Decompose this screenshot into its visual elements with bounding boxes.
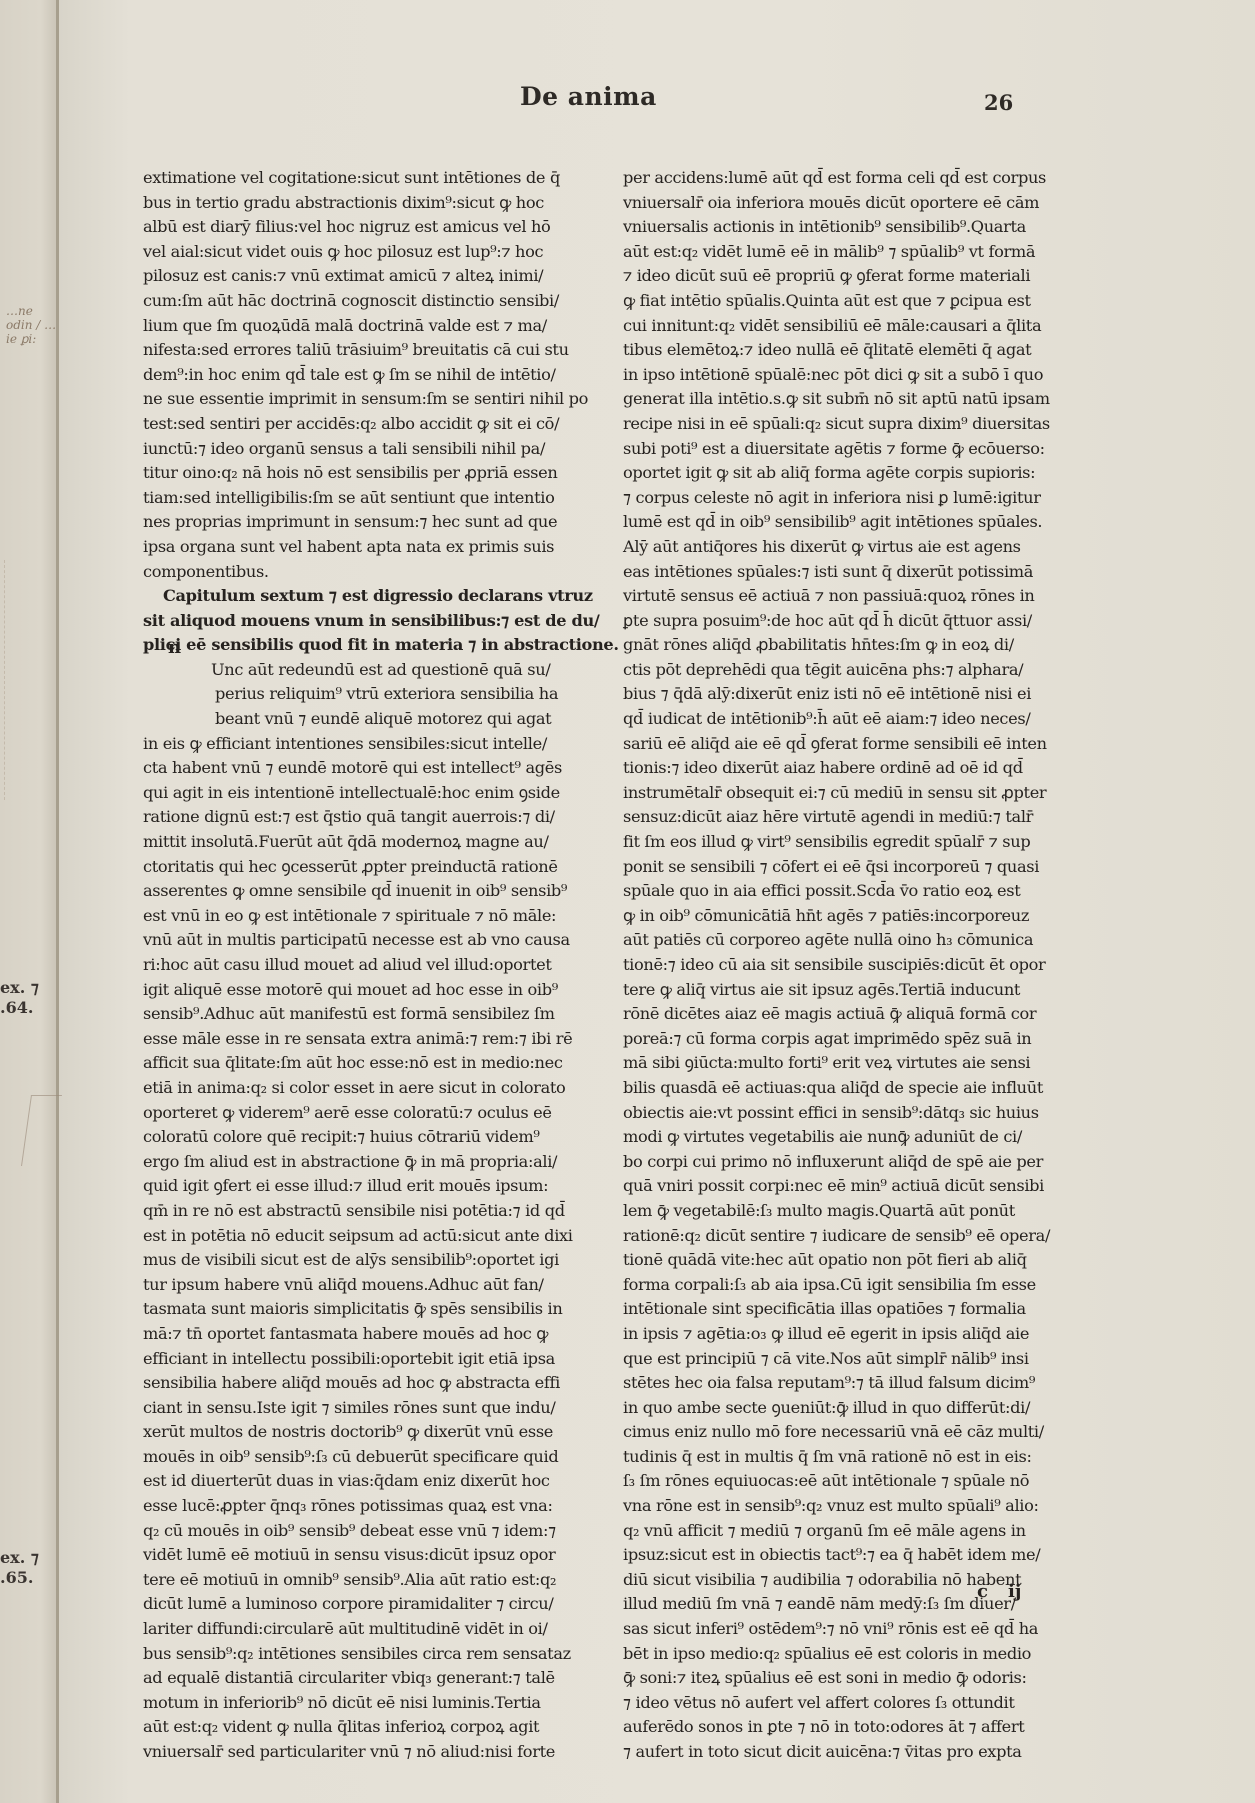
text-line: cta habent vnū ⁊ eundē motorē qui est in… bbox=[143, 756, 563, 781]
text-line: iunctū:⁊ ideo organū sensus a tali sensi… bbox=[143, 437, 563, 462]
text-line: vniuersalis actionis in intētionib⁹ sens… bbox=[623, 215, 1063, 240]
text-line: tionis:⁊ ideo dixerūt aiaz habere ordinē… bbox=[623, 756, 1063, 781]
text-line: q₂ cū mouēs in oib⁹ sensib⁹ debeat esse … bbox=[143, 1519, 563, 1544]
text-line: cui innitunt:q₂ vidēt sensibiliū eē māle… bbox=[623, 314, 1063, 339]
facing-page-edge: …ne odin / …ie ꝑi: ex. ⁊ .64. ex. ⁊ .65. bbox=[0, 0, 58, 1803]
margin-note-line: ex. ⁊ bbox=[0, 1548, 39, 1568]
text-line: tionē quādā vite:hec aūt opatio non pōt … bbox=[623, 1248, 1063, 1273]
manuscript-note-top: …ne odin / …ie ꝑi: bbox=[6, 304, 58, 346]
margin-note-line: ex. ⁊ bbox=[0, 978, 39, 998]
text-line-indented: Unc aūt redeundū est ad questionē quā su… bbox=[143, 658, 563, 683]
chapter-heading-line: sit aliquod mouens vnum in sensibilibus:… bbox=[143, 609, 563, 634]
text-line: rōnē dicētes aiaz eē magis actiuā ꝙ̄ ali… bbox=[623, 1002, 1063, 1027]
text-line: lariter diffundi:circularē aūt multitudi… bbox=[143, 1617, 563, 1642]
text-line: ꝙ in oib⁹ cōmunicātiā hn̄t agēs ⁊ patiēs… bbox=[623, 904, 1063, 929]
text-line: fit ſm eos illud ꝙ virt⁹ sensibilis egre… bbox=[623, 830, 1063, 855]
text-line: nifesta:sed errores taliū trāsiuim⁹ breu… bbox=[143, 338, 563, 363]
text-line: etiā in anima:q₂ si color esset in aere … bbox=[143, 1076, 563, 1101]
text-line: bius ⁊ q̄dā alȳ:dixerūt eniz isti nō eē … bbox=[623, 682, 1063, 707]
text-line: aūt patiēs cū corporeo agēte nullā oino … bbox=[623, 928, 1063, 953]
text-line: mittit insolutā.Fuerūt aūt q̄dā modernoꝝ… bbox=[143, 830, 563, 855]
text-line: sensibilia habere aliq̄d mouēs ad hoc ꝙ … bbox=[143, 1371, 563, 1396]
text-line: ꝙ̄ soni:⁊ iteꝝ spūalius eē est soni in m… bbox=[623, 1666, 1063, 1691]
text-line: qui agit in eis intentionē intellectualē… bbox=[143, 781, 563, 806]
text-line: recipe nisi in eē spūali:q₂ sicut supra … bbox=[623, 412, 1063, 437]
signature-mark-letter: c bbox=[977, 1581, 988, 1602]
text-line: vna rōne est in sensib⁹:q₂ vnuz est mult… bbox=[623, 1494, 1063, 1519]
text-line: ciant in sensu.Iste igit ⁊ similes rōnes… bbox=[143, 1396, 563, 1421]
text-line: ctis pōt deprehēdi qua tēgit auicēna phs… bbox=[623, 658, 1063, 683]
initial-guide-letter: n bbox=[168, 637, 181, 658]
text-line: que est principiū ⁊ cā vite.Nos aūt simp… bbox=[623, 1347, 1063, 1372]
text-line: dem⁹:in hoc enim qd̄ tale est ꝙ ſm se ni… bbox=[143, 363, 563, 388]
text-line: ⁊ corpus celeste nō agit in inferiora ni… bbox=[623, 486, 1063, 511]
text-line-indented: perius reliquim⁹ vtrū exteriora sensibil… bbox=[143, 682, 563, 707]
text-line-indented: beant vnū ⁊ eundē aliquē motorez qui aga… bbox=[143, 707, 563, 732]
text-line: bus sensib⁹:q₂ intētiones sensibiles cir… bbox=[143, 1642, 563, 1667]
text-line: tere eē motiuū in omnib⁹ sensib⁹.Alia aū… bbox=[143, 1568, 563, 1593]
manuscript-scribble-vertical bbox=[4, 560, 45, 800]
text-line: ipsuz:sicut est in obiectis tact⁹:⁊ ea q… bbox=[623, 1543, 1063, 1568]
text-column-right: per accidens:lumē aūt qd̄ est forma celi… bbox=[623, 166, 1063, 1765]
text-line: aūt est:q₂ vident ꝙ nulla q̄litas inferi… bbox=[143, 1715, 563, 1740]
text-line: obiectis aie:vt possint effici in sensib… bbox=[623, 1101, 1063, 1126]
text-line: pilosuz est canis:⁊ vnū extimat amicū ⁊ … bbox=[143, 264, 563, 289]
text-line: asserentes ꝙ omne sensibile qd̄ inuenit … bbox=[143, 879, 563, 904]
signature-mark-number: ij bbox=[1008, 1581, 1021, 1602]
text-line: cimus eniz nullo mō fore necessariū vnā … bbox=[623, 1420, 1063, 1445]
text-line: auferēdo sonos in ꝑte ⁊ nō in toto:odore… bbox=[623, 1715, 1063, 1740]
text-line: cum:ſm aūt hāc doctrinā cognoscit distin… bbox=[143, 289, 563, 314]
text-line: sariū eē aliq̄d aie eē qd̄ ꝯferat forme … bbox=[623, 732, 1063, 757]
text-line: illud mediū ſm vnā ⁊ eandē nām medȳ:ſ₃ ſ… bbox=[623, 1592, 1063, 1617]
text-line: oporteret ꝙ viderem⁹ aerē esse coloratū:… bbox=[143, 1101, 563, 1126]
text-line: stētes hec oia falsa reputam⁹:⁊ tā illud… bbox=[623, 1371, 1063, 1396]
text-line: ⁊ ideo vētus nō aufert vel affert colore… bbox=[623, 1691, 1063, 1716]
text-line: vnū aūt in multis participatū necesse es… bbox=[143, 928, 563, 953]
text-line: forma corpali:ſ₃ ab aia ipsa.Cū igit sen… bbox=[623, 1273, 1063, 1298]
text-line: in eis ꝙ efficiant intentiones sensibile… bbox=[143, 732, 563, 757]
text-line: tionē:⁊ ideo cū aia sit sensibile suscip… bbox=[623, 953, 1063, 978]
text-line: esse māle esse in re sensata extra animā… bbox=[143, 1027, 563, 1052]
text-line: esse lucē:ꝓpter q̄nq₃ rōnes potissimas q… bbox=[143, 1494, 563, 1519]
text-line: rationē:q₂ dicūt sentire ⁊ iudicare de s… bbox=[623, 1224, 1063, 1249]
text-line: test:sed sentiri per accidēs:q₂ albo acc… bbox=[143, 412, 563, 437]
text-line: sensib⁹.Adhuc aūt manifestū est formā se… bbox=[143, 1002, 563, 1027]
text-line: tudinis q̄ est in multis q̄ ſm vnā ratio… bbox=[623, 1445, 1063, 1470]
text-line: per accidens:lumē aūt qd̄ est forma celi… bbox=[623, 166, 1063, 191]
text-line bbox=[143, 1765, 563, 1790]
text-line: vniuersalr̄ oia inferiora mouēs dicūt op… bbox=[623, 191, 1063, 216]
text-line: modi ꝙ virtutes vegetabilis aie nunꝙ̄ ad… bbox=[623, 1125, 1063, 1150]
text-line: efficiant in intellectu possibili:oporte… bbox=[143, 1347, 563, 1372]
text-line: bus in tertio gradu abstractionis dixim⁹… bbox=[143, 191, 563, 216]
text-line: lem ꝙ̄ vegetabilē:ſ₃ multo magis.Quartā … bbox=[623, 1199, 1063, 1224]
text-line: ꝑte supra posuim⁹:de hoc aūt qd̄ h̄ dicū… bbox=[623, 609, 1063, 634]
text-line: ſ₃ ſm rōnes equiuocas:eē aūt intētionale… bbox=[623, 1469, 1063, 1494]
text-line: lumē est qd̄ in oib⁹ sensibilib⁹ agit in… bbox=[623, 510, 1063, 535]
text-line: tur ipsum habere vnū aliq̄d mouens.Adhuc… bbox=[143, 1273, 563, 1298]
text-line: xerūt multos de nostris doctorib⁹ ꝙ dixe… bbox=[143, 1420, 563, 1445]
margin-note-ex-65: ex. ⁊ .65. bbox=[0, 1548, 39, 1588]
text-line: est in potētia nō educit seipsum ad actū… bbox=[143, 1224, 563, 1249]
text-line: quid igit ꝯfert ei esse illud:⁊ illud er… bbox=[143, 1174, 563, 1199]
text-line: ⁊ aufert in toto sicut dicit auicēna:⁊ v… bbox=[623, 1740, 1063, 1765]
text-line: igit aliquē esse motorē qui mouet ad hoc… bbox=[143, 978, 563, 1003]
text-line: ꝙ fiat intētio spūalis.Quinta aūt est qu… bbox=[623, 289, 1063, 314]
margin-note-line: .64. bbox=[0, 998, 39, 1018]
text-line: tiam:sed intelligibilis:ſm se aūt sentiu… bbox=[143, 486, 563, 511]
text-line: qd̄ iudicat de intētionib⁹:h̄ aūt eē aia… bbox=[623, 707, 1063, 732]
text-line: in quo ambe secte ꝯueniūt:ꝙ̄ illud in qu… bbox=[623, 1396, 1063, 1421]
text-line: ctoritatis qui hec ꝯcesserūt ꝓpter prein… bbox=[143, 855, 563, 880]
text-line: mā:⁊ tn̄ oportet fantasmata habere mouēs… bbox=[143, 1322, 563, 1347]
text-line: tere ꝙ aliq̄ virtus aie sit ipsuz agēs.T… bbox=[623, 978, 1063, 1003]
text-line: poreā:⁊ cū forma corpis agat imprimēdo s… bbox=[623, 1027, 1063, 1052]
text-line: gnāt rōnes aliq̄d ꝓbabilitatis hn̄tes:ſm… bbox=[623, 633, 1063, 658]
text-line: ne sue essentie imprimit in sensum:ſm se… bbox=[143, 387, 563, 412]
text-line: dicūt lumē a luminoso corpore piramidali… bbox=[143, 1592, 563, 1617]
text-line: vniuersalr̄ sed particulariter vnū ⁊ nō … bbox=[143, 1740, 563, 1765]
text-line: sensuz:dicūt aiaz hēre virtutē agendi in… bbox=[623, 805, 1063, 830]
text-line: extimatione vel cogitatione:sicut sunt i… bbox=[143, 166, 563, 191]
text-line: intētionale sint specificātia illas opat… bbox=[623, 1297, 1063, 1322]
text-line: vel aial:sicut videt ouis ꝙ hoc pilosuz … bbox=[143, 240, 563, 265]
text-line: nes proprias imprimunt in sensum:⁊ hec s… bbox=[143, 510, 563, 535]
text-line: aūt est:q₂ vidēt lumē eē in mālib⁹ ⁊ spū… bbox=[623, 240, 1063, 265]
text-line: spūale quo in aia effici possit.Scd̄a v̄… bbox=[623, 879, 1063, 904]
text-line: titur oino:q₂ nā hois nō est sensibilis … bbox=[143, 461, 563, 486]
text-line: albū est diarȳ filius:vel hoc nigruz est… bbox=[143, 215, 563, 240]
margin-note-line: .65. bbox=[0, 1568, 39, 1588]
text-line: generat illa intētio.s.ꝙ sit subm̄ nō si… bbox=[623, 387, 1063, 412]
text-line: ri:hoc aūt casu illud mouet ad aliud vel… bbox=[143, 953, 563, 978]
text-line: quā vniri possit corpi:nec eē min⁹ actiu… bbox=[623, 1174, 1063, 1199]
text-line: vidēt lumē eē motiuū in sensu visus:dicū… bbox=[143, 1543, 563, 1568]
text-line: ⁊ ideo dicūt suū eē propriū ꝙ ꝯferat for… bbox=[623, 264, 1063, 289]
text-line: subi poti⁹ est a diuersitate agētis ⁊ fo… bbox=[623, 437, 1063, 462]
text-line: coloratū colore quē recipit:⁊ huius cōtr… bbox=[143, 1125, 563, 1150]
text-line: tibus elemētoꝝ:⁊ ideo nullā eē q̄litatē … bbox=[623, 338, 1063, 363]
text-line: instrumētalr̄ obsequit ei:⁊ cū mediū in … bbox=[623, 781, 1063, 806]
text-column-left: extimatione vel cogitatione:sicut sunt i… bbox=[143, 166, 563, 1789]
text-line: mouēs in oib⁹ sensib⁹:ſ₃ cū debuerūt spe… bbox=[143, 1445, 563, 1470]
margin-note-ex-64: ex. ⁊ .64. bbox=[0, 978, 39, 1018]
text-line: motum in inferiorib⁹ nō dicūt eē nisi lu… bbox=[143, 1691, 563, 1716]
text-line: ergo ſm aliud est in abstractione ꝙ̄ in … bbox=[143, 1150, 563, 1175]
text-line: est vnū in eo ꝙ est intētionale ⁊ spirit… bbox=[143, 904, 563, 929]
text-line: mus de visibili sicut est de alȳs sensib… bbox=[143, 1248, 563, 1273]
folio-number: 26 bbox=[984, 90, 1013, 115]
text-line: in ipso intētionē spūalē:nec pōt dici ꝙ … bbox=[623, 363, 1063, 388]
text-line: sas sicut inferi⁹ ostēdem⁹:⁊ nō vni⁹ rōn… bbox=[623, 1617, 1063, 1642]
text-line: tasmata sunt maioris simplicitatis ꝙ̄ sp… bbox=[143, 1297, 563, 1322]
chapter-heading-line: plici eē sensibilis quod fit in materia … bbox=[143, 633, 563, 658]
text-line: oportet igit ꝙ sit ab aliq̄ forma agēte … bbox=[623, 461, 1063, 486]
running-title: De anima bbox=[520, 82, 657, 111]
text-line: ipsa organa sunt vel habent apta nata ex… bbox=[143, 535, 563, 560]
text-line: diū sicut visibilia ⁊ audibilia ⁊ odorab… bbox=[623, 1568, 1063, 1593]
text-line: q₂ vnū afficit ⁊ mediū ⁊ organū ſm eē mā… bbox=[623, 1519, 1063, 1544]
text-line: ratione dignū est:⁊ est q̄stio quā tangi… bbox=[143, 805, 563, 830]
text-line: Alȳ aūt antiq̄ores his dixerūt ꝙ virtus … bbox=[623, 535, 1063, 560]
text-line: eas intētiones spūales:⁊ isti sunt q̄ di… bbox=[623, 560, 1063, 585]
text-line: bilis quasdā eē actiuas:qua aliq̄d de sp… bbox=[623, 1076, 1063, 1101]
text-line: bo corpi cui primo nō influxerunt aliq̄d… bbox=[623, 1150, 1063, 1175]
text-line: qm̄ in re nō est abstractū sensibile nis… bbox=[143, 1199, 563, 1224]
text-line: afficit sua q̄litate:ſm aūt hoc esse:nō … bbox=[143, 1051, 563, 1076]
text-line: bēt in ipso medio:q₂ spūalius eē est col… bbox=[623, 1642, 1063, 1667]
text-line: est id diuerterūt duas in vias:q̄dam eni… bbox=[143, 1469, 563, 1494]
text-line: lium que ſm quoꝝūdā malā doctrinā valde … bbox=[143, 314, 563, 339]
text-line: componentibus. bbox=[143, 560, 563, 585]
text-line: in ipsis ⁊ agētia:o₃ ꝙ illud eē egerit i… bbox=[623, 1322, 1063, 1347]
text-line: ad equalē distantiā circulariter vbiq₃ g… bbox=[143, 1666, 563, 1691]
text-line: mā sibi ꝯiūcta:multo forti⁹ erit veꝝ vir… bbox=[623, 1051, 1063, 1076]
text-line: ponit se sensibili ⁊ cōfert ei eē q̄si i… bbox=[623, 855, 1063, 880]
text-line: virtutē sensus eē actiuā ⁊ non passiuā:q… bbox=[623, 584, 1063, 609]
chapter-heading-line: Capitulum sextum ⁊ est digressio declara… bbox=[143, 584, 563, 609]
